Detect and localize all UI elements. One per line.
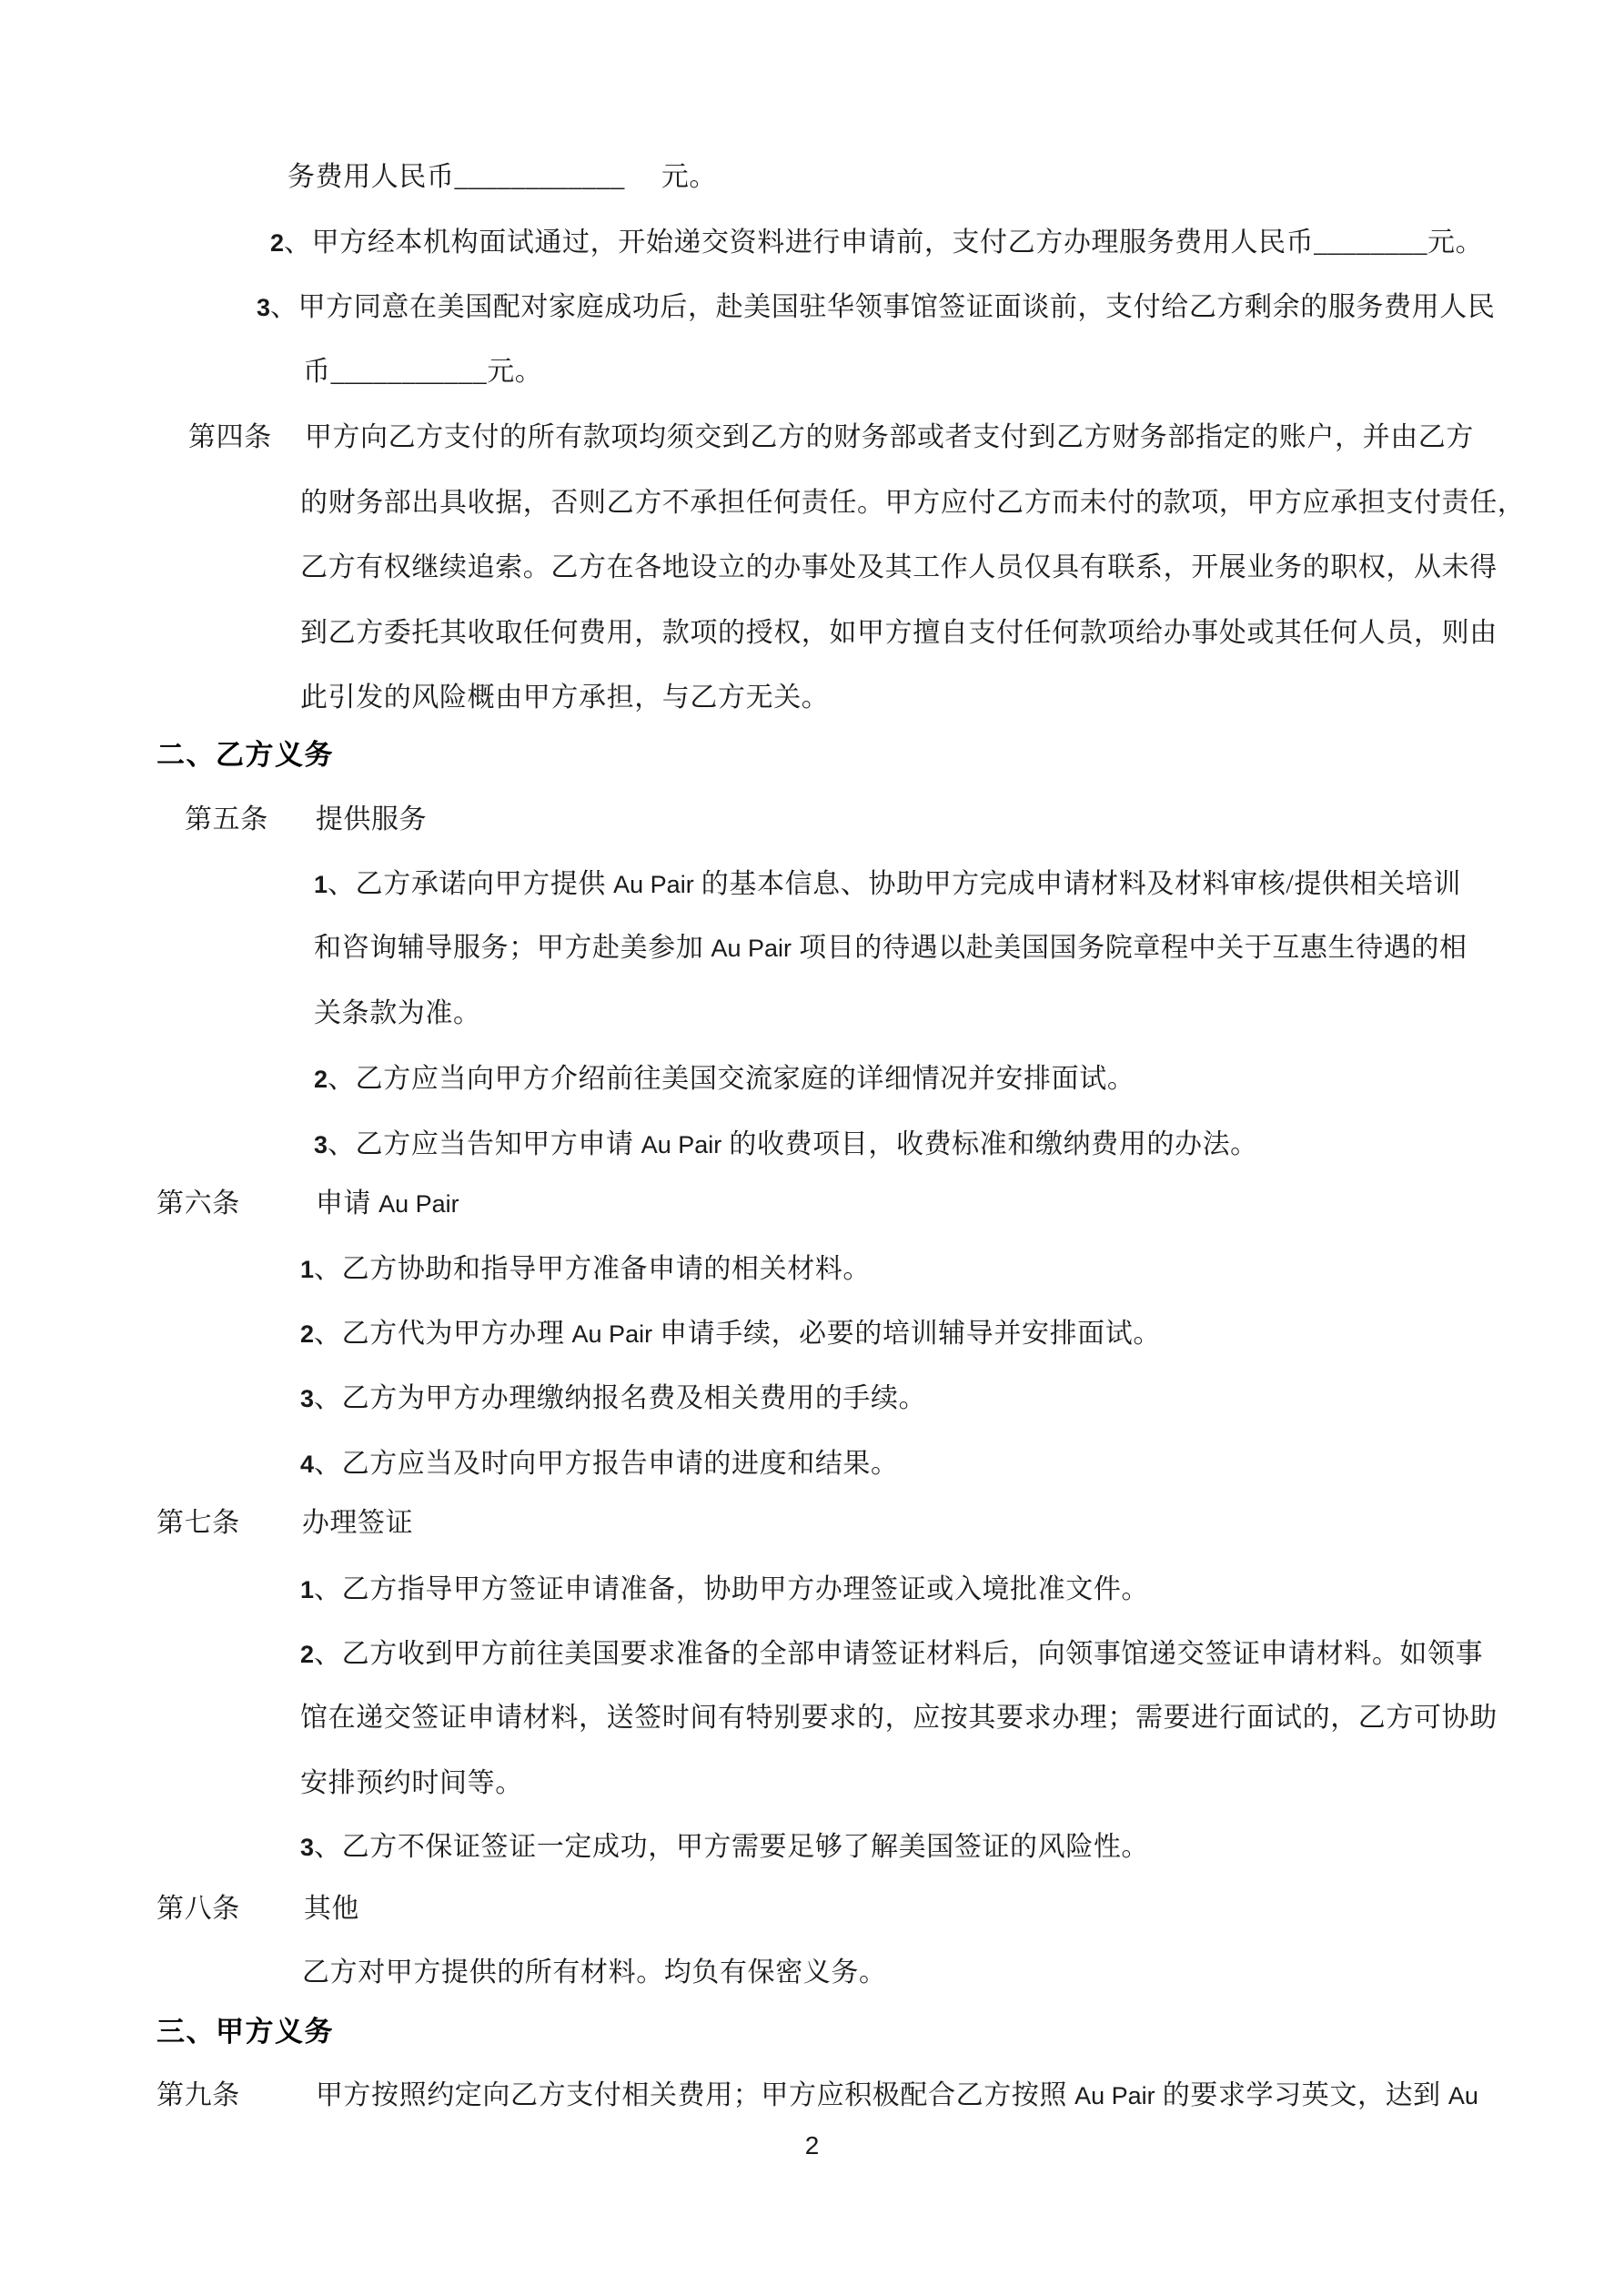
document-line: 馆在递交签证申请材料，送签时间有特别要求的，应按其要求办理；需要进行面试的，乙方…	[300, 1700, 1498, 1740]
spacer	[272, 445, 305, 446]
text-segment: 的要求学习英文，达到	[1155, 2080, 1448, 2110]
text-segment: 乙方对甲方提供的所有材料。均负有保密义务。	[302, 1957, 887, 1988]
text-segment: 、乙方不保证签证一定成功，甲方需要足够了解美国签证的风险性。	[314, 1832, 1149, 1862]
clause-label: 第七条	[156, 1508, 240, 1538]
page: 2 务费用人民币____________元。2、甲方经本机构面试通过，开始递交资…	[0, 0, 1624, 2296]
document-line: 第六条申请 Au Pair	[156, 1186, 459, 1226]
list-number: 2	[314, 1066, 328, 1093]
document-line: 3、乙方不保证签证一定成功，甲方需要足够了解美国签证的风险性。	[300, 1829, 1149, 1869]
document-line: 的财务部出具收据，否则乙方不承担任何责任。甲方应付乙方而未付的款项，甲方应承担支…	[300, 485, 1525, 525]
document-line: 第八条其他	[156, 1891, 359, 1931]
list-number: 1	[300, 1576, 314, 1603]
list-number: 3	[300, 1834, 314, 1861]
document-line: 务费用人民币____________元。	[287, 159, 717, 199]
text-segment: 的基本信息、协助甲方完成申请材料及材料审核/提供相关培训	[694, 869, 1461, 899]
text-segment: 其他	[304, 1894, 359, 1924]
clause-label: 第五条	[185, 804, 268, 834]
list-number: 4	[300, 1451, 314, 1478]
document-line: 第七条办理签证	[156, 1505, 413, 1545]
text-segment: 、乙方指导甲方签证申请准备，协助甲方办理签证或入境批准文件。	[314, 1574, 1149, 1604]
spacer	[240, 2103, 316, 2104]
text-segment: 甲方按照约定向乙方支付相关费用；甲方应积极配合乙方按照	[316, 2080, 1074, 2110]
text-segment: 、乙方为甲方办理缴纳报名费及相关费用的手续。	[314, 1383, 926, 1413]
document-line: 3、乙方为甲方办理缴纳报名费及相关费用的手续。	[300, 1381, 926, 1421]
text-segment: 申请手续，必要的培训辅导并安排面试。	[652, 1319, 1161, 1349]
latin-text: Au Pair	[572, 1320, 653, 1348]
latin-text: Au Pair	[378, 1190, 459, 1218]
text-segment: 、乙方承诺向甲方提供	[328, 869, 613, 899]
spacer	[240, 1531, 302, 1532]
document-line: 3、甲方同意在美国配对家庭成功后，赴美国驻华领事馆签证面谈前，支付给乙方剩余的服…	[257, 289, 1495, 329]
text-segment: 、乙方应当告知甲方申请	[328, 1129, 641, 1159]
text-segment: 、乙方代为甲方办理	[314, 1319, 572, 1349]
document-line: 到乙方委托其收取任何费用，款项的授权，如甲方擅自支付任何款项给办事处或其任何人员…	[300, 615, 1498, 655]
latin-text: Au Pair	[613, 871, 694, 898]
spacer	[268, 827, 316, 828]
text-segment: 乙方有权继续追索。乙方在各地设立的办事处及其工作人员仅具有联系，开展业务的职权，…	[300, 552, 1498, 582]
text-segment: 安排预约时间等。	[300, 1768, 523, 1798]
latin-text: Au	[1448, 2082, 1478, 2109]
text-segment: 提供服务	[316, 804, 427, 834]
text-segment: 项目的待遇以赴美国国务院章程中关于互惠生待遇的相	[792, 933, 1468, 963]
text-segment: 和咨询辅导服务；甲方赴美参加	[314, 933, 711, 963]
text-segment: 到乙方委托其收取任何费用，款项的授权，如甲方擅自支付任何款项给办事处或其任何人员…	[300, 618, 1498, 648]
document-line: 第九条甲方按照约定向乙方支付相关费用；甲方应积极配合乙方按照 Au Pair 的…	[156, 2078, 1478, 2118]
document-line: 1、乙方协助和指导甲方准备申请的相关材料。	[300, 1251, 871, 1291]
text-segment: 关条款为准。	[314, 998, 481, 1028]
text-segment: 、乙方应当及时向甲方报告申请的进度和结果。	[314, 1449, 899, 1479]
text-segment: 申请	[316, 1188, 378, 1219]
document-line: 第五条提供服务	[185, 802, 427, 842]
list-number: 1	[300, 1256, 314, 1283]
text-segment: 、乙方应当向甲方介绍前往美国交流家庭的详细情况并安排面试。	[328, 1064, 1135, 1094]
list-number: 2	[300, 1320, 314, 1348]
spacer	[240, 1211, 316, 1212]
clause-label: 第六条	[156, 1188, 240, 1219]
section-heading-2: 二、乙方义务	[156, 737, 334, 777]
latin-text: Au Pair	[641, 1131, 722, 1158]
text-segment: 、甲方同意在美国配对家庭成功后，赴美国驻华领事馆签证面谈前，支付给乙方剩余的服务…	[270, 292, 1495, 322]
document-line: 乙方对甲方提供的所有材料。均负有保密义务。	[302, 1955, 887, 1995]
text-segment: 办理签证	[302, 1508, 413, 1538]
document-line: 币___________元。	[303, 354, 542, 394]
latin-text: Au Pair	[711, 935, 792, 962]
spacer	[625, 185, 661, 186]
clause-label: 第四条	[188, 422, 272, 452]
document-line: 此引发的风险概由甲方承担，与乙方无关。	[300, 680, 829, 720]
text-segment: 馆在递交签证申请材料，送签时间有特别要求的，应按其要求办理；需要进行面试的，乙方…	[300, 1703, 1498, 1733]
document-line: 2、乙方代为甲方办理 Au Pair 申请手续，必要的培训辅导并安排面试。	[300, 1316, 1161, 1356]
document-line: 2、乙方收到甲方前往美国要求准备的全部申请签证材料后，向领事馆递交签证申请材料。…	[300, 1636, 1483, 1676]
list-number: 3	[300, 1385, 314, 1412]
document-line: 和咨询辅导服务；甲方赴美参加 Au Pair 项目的待遇以赴美国国务院章程中关于…	[314, 930, 1468, 970]
list-number: 2	[300, 1641, 314, 1668]
text-segment: 的财务部出具收据，否则乙方不承担任何责任。甲方应付乙方而未付的款项，甲方应承担支…	[300, 488, 1525, 518]
text-segment: 的收费项目，收费标准和缴纳费用的办法。	[721, 1129, 1258, 1159]
document-line: 4、乙方应当及时向甲方报告申请的进度和结果。	[300, 1446, 899, 1486]
list-number: 3	[257, 294, 270, 321]
text-segment: 币___________元。	[303, 357, 542, 387]
section-heading-3: 三、甲方义务	[156, 2014, 334, 2054]
text-segment: 、乙方收到甲方前往美国要求准备的全部申请签证材料后，向领事馆递交签证申请材料。如…	[314, 1639, 1483, 1669]
document-line: 关条款为准。	[314, 996, 481, 1036]
latin-text: Au Pair	[1074, 2082, 1155, 2109]
document-line: 3、乙方应当告知甲方申请 Au Pair 的收费项目，收费标准和缴纳费用的办法。	[314, 1127, 1258, 1167]
document-line: 2、乙方应当向甲方介绍前往美国交流家庭的详细情况并安排面试。	[314, 1061, 1135, 1101]
text-segment: 、乙方协助和指导甲方准备申请的相关材料。	[314, 1254, 871, 1284]
clause-label: 第九条	[156, 2080, 240, 2110]
document-line: 第四条甲方向乙方支付的所有款项均须交到乙方的财务部或者支付到乙方财务部指定的账户…	[188, 420, 1474, 460]
list-number: 2	[270, 229, 284, 257]
spacer	[240, 1917, 304, 1917]
document-line: 1、乙方承诺向甲方提供 Au Pair 的基本信息、协助甲方完成申请材料及材料审…	[314, 866, 1461, 906]
text-segment: 务费用人民币____________	[287, 162, 625, 192]
text-segment: 、甲方经本机构面试通过，开始递交资料进行申请前，支付乙方办理服务费用人民币___…	[284, 228, 1483, 258]
document-line: 安排预约时间等。	[300, 1765, 523, 1805]
list-number: 3	[314, 1131, 328, 1158]
document-line: 乙方有权继续追索。乙方在各地设立的办事处及其工作人员仅具有联系，开展业务的职权，…	[300, 550, 1498, 590]
document-line: 2、甲方经本机构面试通过，开始递交资料进行申请前，支付乙方办理服务费用人民币__…	[270, 225, 1483, 265]
list-number: 1	[314, 871, 328, 898]
section-heading: 二、乙方义务	[156, 739, 334, 771]
page-number: 2	[0, 2131, 1624, 2160]
document-line: 1、乙方指导甲方签证申请准备，协助甲方办理签证或入境批准文件。	[300, 1572, 1149, 1612]
text-segment: 元。	[661, 162, 717, 192]
clause-label: 第八条	[156, 1894, 240, 1924]
text-segment: 甲方向乙方支付的所有款项均须交到乙方的财务部或者支付到乙方财务部指定的账户，并由…	[305, 422, 1474, 452]
section-heading: 三、甲方义务	[156, 2016, 334, 2048]
text-segment: 此引发的风险概由甲方承担，与乙方无关。	[300, 683, 829, 713]
